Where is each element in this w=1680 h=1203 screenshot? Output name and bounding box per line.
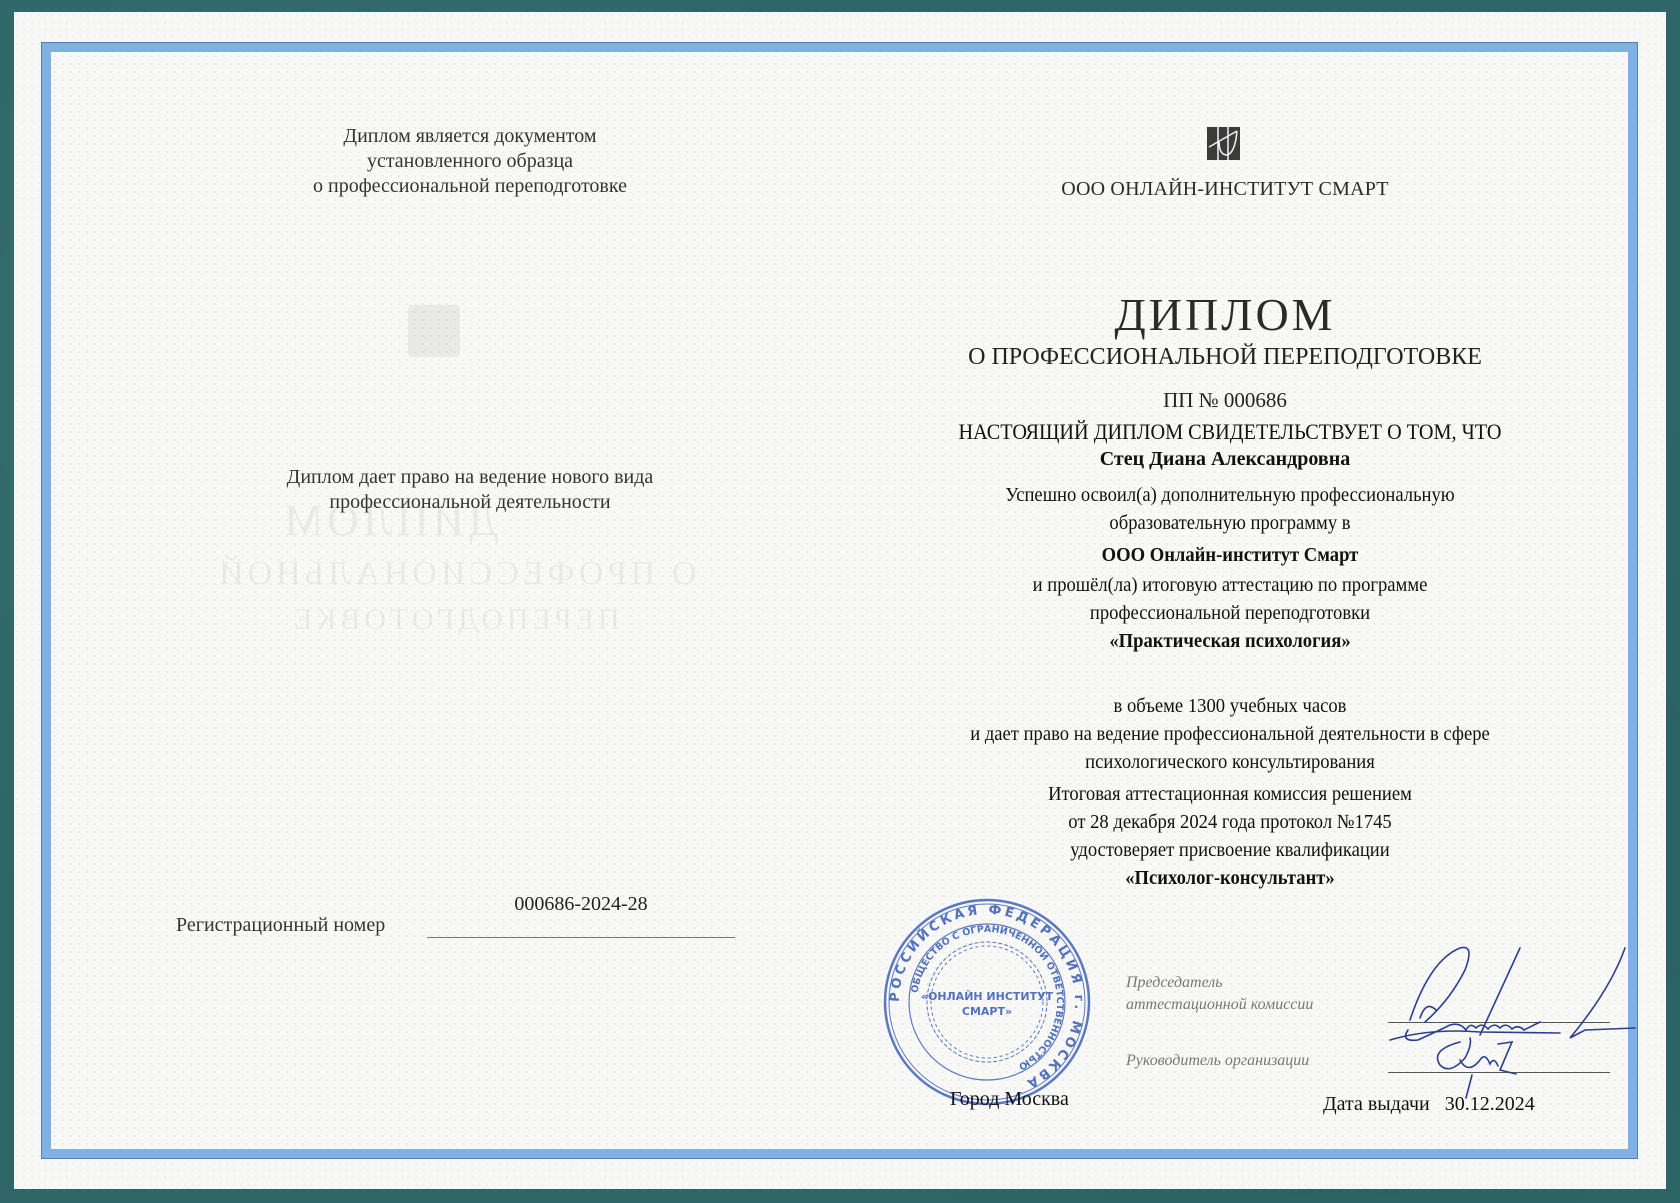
left-rights-line: Диплом дает право на ведение нового вида (200, 465, 740, 490)
head-signature (1420, 1030, 1540, 1100)
registration-number-label: Регистрационный номер (176, 914, 385, 937)
left-rights-line: профессиональной деятельности (200, 490, 740, 515)
watermark-text: ПЕРЕПОДГОТОВКЕ (290, 603, 620, 637)
diploma-subtitle: О ПРОФЕССИОНАЛЬНОЙ ПЕРЕПОДГОТОВКЕ (900, 344, 1550, 371)
left-header: Диплом является документом установленног… (220, 124, 720, 199)
watermark-emblem-icon (408, 305, 460, 357)
commission-line: от 28 декабря 2024 года протокол №1745 (905, 808, 1556, 836)
qualification-name: «Психолог-консультант» (905, 864, 1556, 892)
institution-name: ООО Онлайн-институт Смарт (905, 541, 1556, 569)
institute-logo-icon (1207, 127, 1240, 160)
attestation-line: профессиональной переподготовки (905, 599, 1556, 627)
mastered-text: Успешно освоил(а) дополнительную професс… (905, 481, 1556, 655)
issue-date-block: Дата выдачи 30.12.2024 (1323, 1093, 1535, 1116)
left-rights-text: Диплом дает право на ведение нового вида… (200, 465, 740, 515)
registration-number-underline (427, 937, 735, 938)
hours-and-rights: в объеме 1300 учебных часов и дает право… (905, 692, 1556, 892)
study-hours: в объеме 1300 учебных часов (905, 692, 1556, 720)
mastered-line: образовательную программу в (905, 509, 1556, 537)
chair-label-line: Председатель (1126, 972, 1313, 994)
chair-label-line: аттестационной комиссии (1126, 994, 1313, 1016)
official-stamp: РОССИЙСКАЯ ФЕДЕРАЦИЯ г. МОСКВА ОБЩЕСТВО … (882, 897, 1092, 1107)
chair-signature-label: Председатель аттестационной комиссии (1126, 972, 1313, 1016)
testify-statement: НАСТОЯЩИЙ ДИПЛОМ СВИДЕТЕЛЬСТВУЕТ О ТОМ, … (908, 419, 1552, 445)
diploma-title: ДИПЛОМ (1000, 288, 1450, 341)
recipient-name: Стец Диана Александровна (1000, 448, 1450, 471)
left-header-line: о профессиональной переподготовке (220, 174, 720, 199)
stamp-center-line: СМАРТ» (962, 1005, 1012, 1018)
program-name: «Практическая психология» (905, 627, 1556, 655)
left-header-line: Диплом является документом (220, 124, 720, 149)
registration-number-value: 000686-2024-28 (427, 893, 735, 916)
left-header-line: установленного образца (220, 149, 720, 174)
rights-line: психологического консультирования (905, 748, 1556, 776)
stamp-center-line: «ОНЛАЙН ИНСТИТУТ (921, 990, 1054, 1003)
attestation-line: и прошёл(ла) итоговую аттестацию по прог… (905, 571, 1556, 599)
commission-line: удостоверяет присвоение квалификации (905, 836, 1556, 864)
organization-name: ООО ОНЛАЙН-ИНСТИТУТ СМАРТ (1000, 178, 1450, 201)
head-signature-label: Руководитель организации (1126, 1050, 1309, 1072)
commission-line: Итоговая аттестационная комиссия решение… (905, 780, 1556, 808)
diploma-number: ПП № 000686 (1000, 388, 1450, 413)
mastered-line: Успешно освоил(а) дополнительную професс… (905, 481, 1556, 509)
issue-date-value: 30.12.2024 (1445, 1093, 1535, 1115)
watermark-text: О ПРОФЕССИОНАЛЬНОЙ (215, 555, 696, 593)
issue-date-label: Дата выдачи (1323, 1093, 1430, 1115)
issue-city: Город Москва (950, 1088, 1069, 1111)
rights-line: и дает право на ведение профессиональной… (905, 720, 1556, 748)
